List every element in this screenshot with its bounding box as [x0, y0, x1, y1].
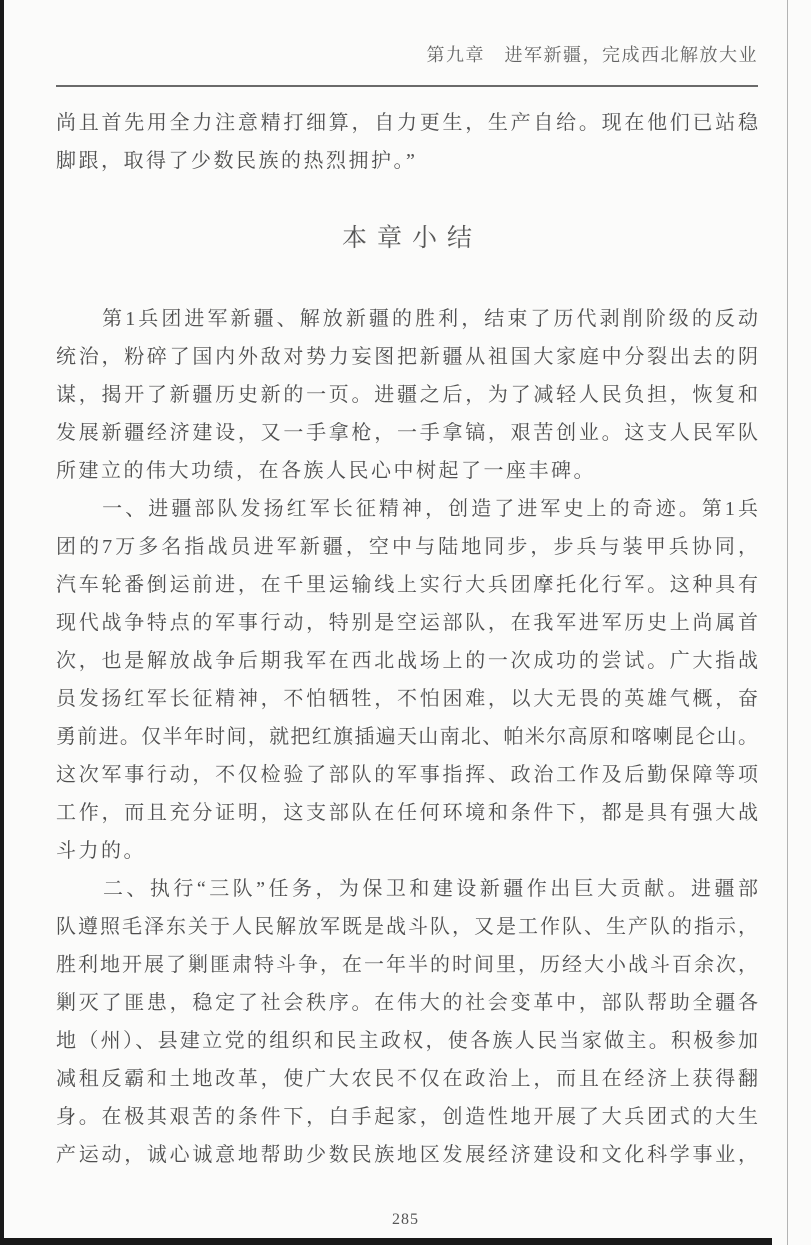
text-line: 脚跟，取得了少数民族的热烈拥护。”: [56, 142, 758, 180]
book-page: 第九章 进军新疆，完成西北解放大业 尚且首先用全力注意精打细算，自力更生，生产自…: [0, 0, 811, 1245]
text-line: 次，也是解放战争后期我军在西北战场上的一次成功的尝试。广大指战: [56, 642, 758, 680]
running-header: 第九章 进军新疆，完成西北解放大业: [56, 44, 758, 66]
text-line: 员发扬红军长征精神，不怕牺牲，不怕困难，以大无畏的英雄气概，奋: [56, 680, 758, 718]
section-title: 本章小结: [56, 220, 758, 258]
text-line: 工作，而且充分证明，这支部队在任何环境和条件下，都是具有强大战: [56, 794, 758, 832]
text-line: 谋，揭开了新疆历史新的一页。进疆之后，为了减轻人民负担，恢复和: [56, 376, 758, 414]
text-line: 减租反霸和土地改革，使广大农民不仅在政治上，而且在经济上获得翻: [56, 1060, 758, 1098]
scan-edge-right: [787, 0, 788, 1245]
header-rule: [56, 85, 758, 87]
text-line: 地（州）、县建立党的组织和民主政权，使各族人民当家做主。积极参加: [56, 1022, 758, 1060]
text-line: 勇前进。仅半年时间，就把红旗插遍天山南北、帕米尔高原和喀喇昆仑山。: [56, 718, 758, 756]
text-line: 队遵照毛泽东关于人民解放军既是战斗队，又是工作队、生产队的指示，: [56, 908, 758, 946]
text-line: 这次军事行动，不仅检验了部队的军事指挥、政治工作及后勤保障等项: [56, 756, 758, 794]
text-line: 产运动，诚心诚意地帮助少数民族地区发展经济建设和文化科学事业，: [56, 1136, 758, 1174]
paragraph-summary-intro: 第1兵团进军新疆、解放新疆的胜利，结束了历代剥削阶级的反动统治，粉碎了国内外敌对…: [56, 300, 758, 490]
text-line: 团的7万多名指战员进军新疆，空中与陆地同步，步兵与装甲兵协同，: [56, 528, 758, 566]
text-line: 现代战争特点的军事行动，特别是空运部队，在我军进军历史上尚属首: [56, 604, 758, 642]
text-line: 二、执行“三队”任务，为保卫和建设新疆作出巨大贡献。进疆部: [56, 870, 758, 908]
scan-edge-bottom: [0, 1238, 772, 1245]
text-line: 尚且首先用全力注意精打细算，自力更生，生产自给。现在他们已站稳: [56, 104, 758, 142]
page-number: 285: [0, 1211, 811, 1229]
text-line: 汽车轮番倒运前进，在千里运输线上实行大兵团摩托化行军。这种具有: [56, 566, 758, 604]
text-line: 斗力的。: [56, 832, 758, 870]
text-line: 第1兵团进军新疆、解放新疆的胜利，结束了历代剥削阶级的反动: [56, 300, 758, 338]
text-line: 胜利地开展了剿匪肃特斗争，在一年半的时间里，历经大小战斗百余次，: [56, 946, 758, 984]
text-line: 所建立的伟大功绩，在各族人民心中树起了一座丰碑。: [56, 452, 758, 490]
text-line: 发展新疆经济建设，又一手拿枪，一手拿镐，艰苦创业。这支人民军队: [56, 414, 758, 452]
paragraph-point-one: 一、进疆部队发扬红军长征精神，创造了进军史上的奇迹。第1兵团的7万多名指战员进军…: [56, 490, 758, 870]
text-line: 剿灭了匪患，稳定了社会秩序。在伟大的社会变革中，部队帮助全疆各: [56, 984, 758, 1022]
text-line: 身。在极其艰苦的条件下，白手起家，创造性地开展了大兵团式的大生: [56, 1098, 758, 1136]
page-content: 尚且首先用全力注意精打细算，自力更生，生产自给。现在他们已站稳脚跟，取得了少数民…: [56, 104, 758, 1174]
continuation-paragraph: 尚且首先用全力注意精打细算，自力更生，生产自给。现在他们已站稳脚跟，取得了少数民…: [56, 104, 758, 180]
scan-edge-left: [0, 0, 4, 1245]
paragraph-point-two: 二、执行“三队”任务，为保卫和建设新疆作出巨大贡献。进疆部队遵照毛泽东关于人民解…: [56, 870, 758, 1174]
text-line: 一、进疆部队发扬红军长征精神，创造了进军史上的奇迹。第1兵: [56, 490, 758, 528]
text-line: 统治，粉碎了国内外敌对势力妄图把新疆从祖国大家庭中分裂出去的阴: [56, 338, 758, 376]
